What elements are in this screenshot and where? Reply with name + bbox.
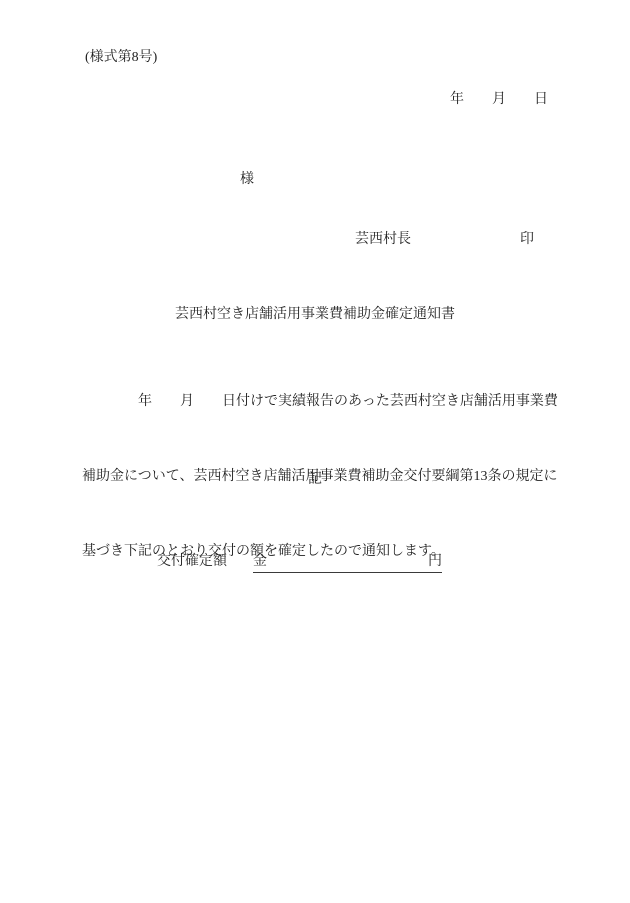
sender-title: 芸西村長 [355, 228, 411, 248]
amount-blank-underline: 金円 [253, 550, 442, 573]
sender-row: 芸西村長 印 [355, 228, 534, 248]
amount-currency-prefix: 金 [253, 550, 267, 570]
body-line: 年 月 日付けで実績報告のあった芸西村空き店舗活用事業費 [82, 389, 568, 414]
addressee-honorific: 様 [240, 168, 254, 188]
document-title: 芸西村空き店舗活用事業費補助金確定通知書 [0, 303, 630, 323]
amount-unit: 円 [428, 550, 442, 570]
document-page: (様式第8号) 年 月 日 様 芸西村長 印 芸西村空き店舗活用事業費補助金確定… [0, 0, 630, 903]
amount-row: 交付確定額金円 [157, 550, 442, 573]
seal-label: 印 [520, 228, 534, 248]
record-marker: 記 [0, 468, 630, 488]
form-number: (様式第8号) [85, 46, 157, 66]
date-line: 年 月 日 [450, 88, 548, 108]
amount-label: 交付確定額 [157, 554, 227, 569]
